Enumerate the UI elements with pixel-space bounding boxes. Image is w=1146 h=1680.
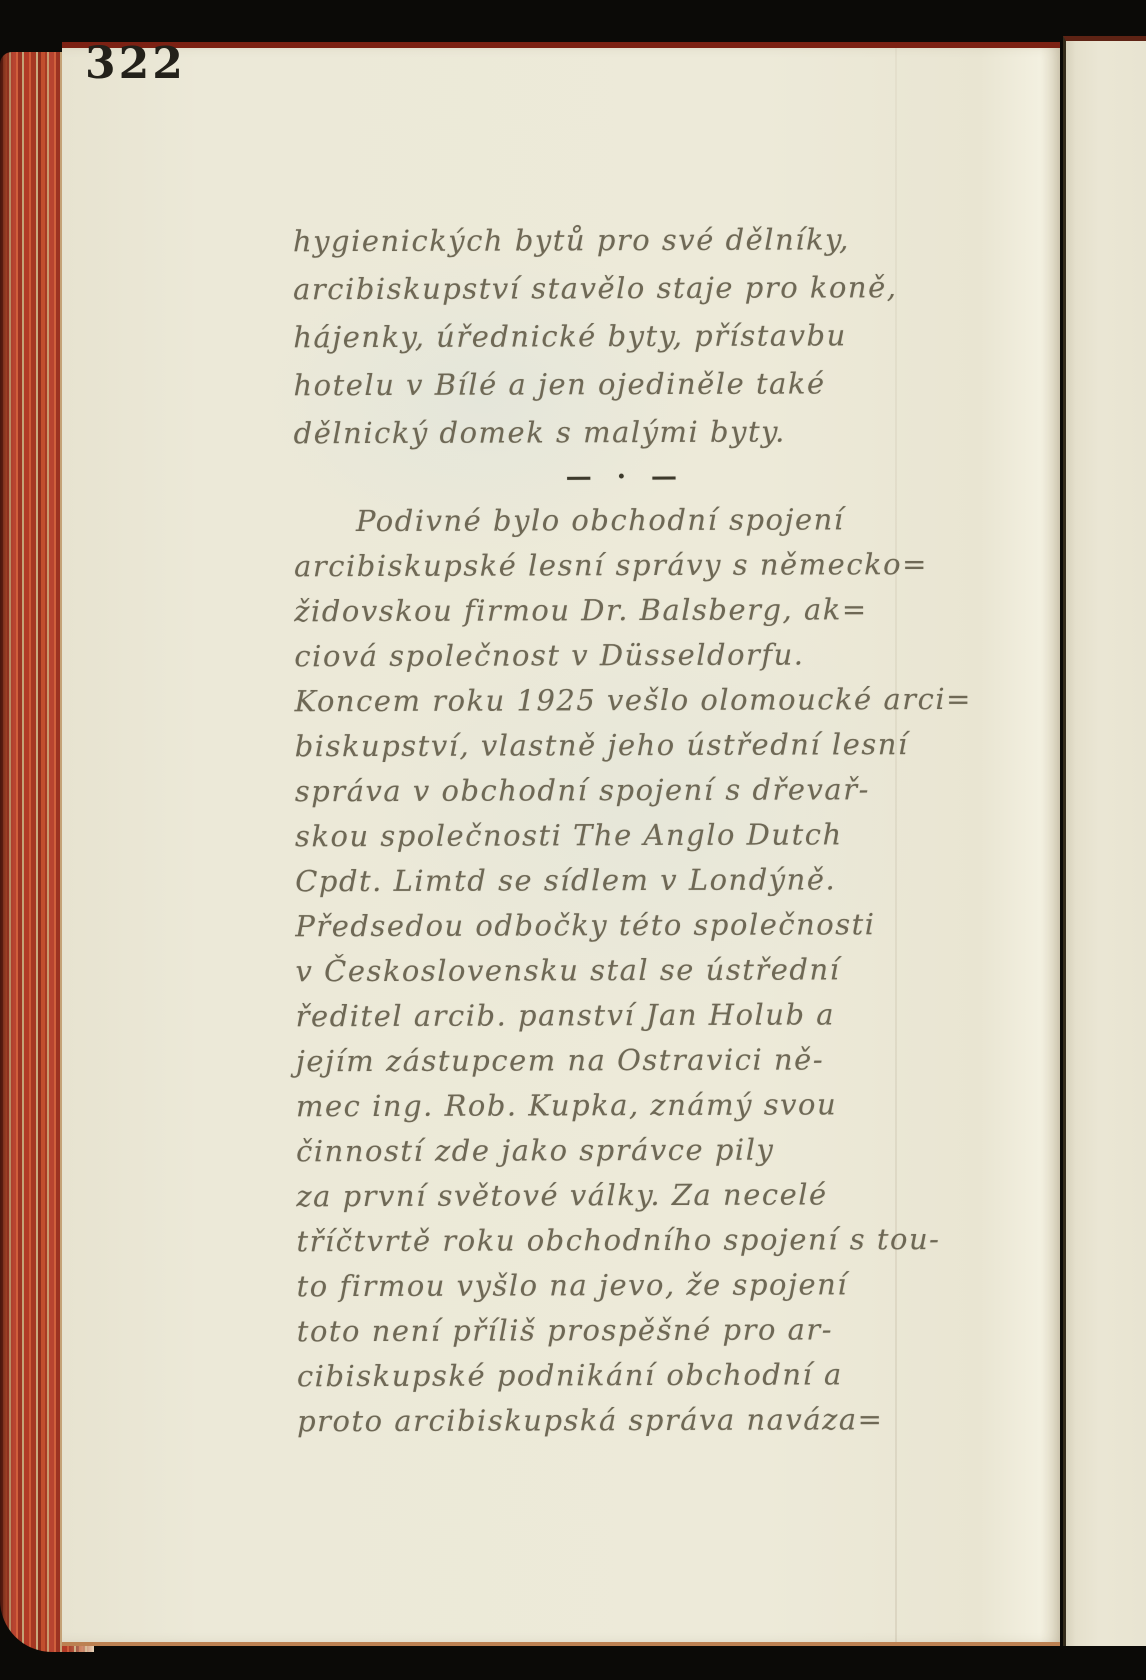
handwriting-line: jejím zástupcem na Ostravici ně- [296, 1037, 1016, 1085]
manuscript-page: 322 hygienických bytů pro své dělníky,ar… [62, 42, 1060, 1646]
handwriting-line: arcibiskupství stavělo staje pro koně, [293, 263, 1013, 314]
handwriting-line: správa v obchodní spojení s dřevař- [295, 767, 1015, 815]
handwriting-line: Cpdt. Limtd se sídlem v Londýně. [295, 857, 1015, 905]
handwriting-line: proto arcibiskupská správa naváza= [297, 1397, 1017, 1445]
handwriting-line: ředitel arcib. panství Jan Holub a [296, 992, 1016, 1040]
handwriting-line: tříčtvrtě roku obchodního spojení s tou- [296, 1217, 1016, 1265]
handwriting-line: v Československu stal se ústřední [295, 947, 1015, 995]
handwriting-line: za první světové války. Za necelé [296, 1172, 1016, 1220]
handwriting-line: biskupství, vlastně jeho ústřední lesní [295, 722, 1015, 770]
page-number: 322 [85, 42, 186, 86]
section-separator: — · — [294, 455, 1014, 500]
handwriting-line: hygienických bytů pro své dělníky, [293, 215, 1013, 266]
handwriting-line: mec ing. Rob. Kupka, známý svou [296, 1082, 1016, 1130]
handwriting-line: hájenky, úřednické byty, přístavbu [293, 311, 1013, 362]
handwriting-line: Podivné bylo obchodní spojení [294, 497, 1014, 545]
handwriting-line: hotelu v Bílé a jen ojediněle také [293, 359, 1013, 410]
handwriting-line: to firmou vyšlo na jevo, že spojení [297, 1262, 1017, 1310]
handwriting-line: skou společnosti The Anglo Dutch [295, 812, 1015, 860]
handwriting-line: ciová společnost v Düsseldorfu. [294, 632, 1014, 680]
handwriting-line: cibiskupské podnikání obchodní a [297, 1352, 1017, 1400]
handwriting-line: Předsedou odbočky této společnosti [295, 902, 1015, 950]
handwriting-line: toto není příliš prospěšné pro ar- [297, 1307, 1017, 1355]
handwriting-line: činností zde jako správce pily [296, 1127, 1016, 1175]
paragraph-2: Podivné bylo obchodní spojeníarcibiskups… [294, 497, 1017, 1445]
handwriting-line: arcibiskupské lesní správy s německo= [294, 542, 1014, 590]
handwriting-line: židovskou firmou Dr. Balsberg, ak= [294, 587, 1014, 635]
paragraph-1: hygienických bytů pro své dělníky,arcibi… [293, 215, 1014, 458]
handwriting-line: Koncem roku 1925 vešlo olomoucké arci= [294, 677, 1014, 725]
facing-page-sliver [1063, 36, 1146, 1646]
handwriting-block: hygienických bytů pro své dělníky,arcibi… [293, 215, 1017, 1445]
handwriting-line: dělnický domek s malými byty. [294, 407, 1014, 458]
